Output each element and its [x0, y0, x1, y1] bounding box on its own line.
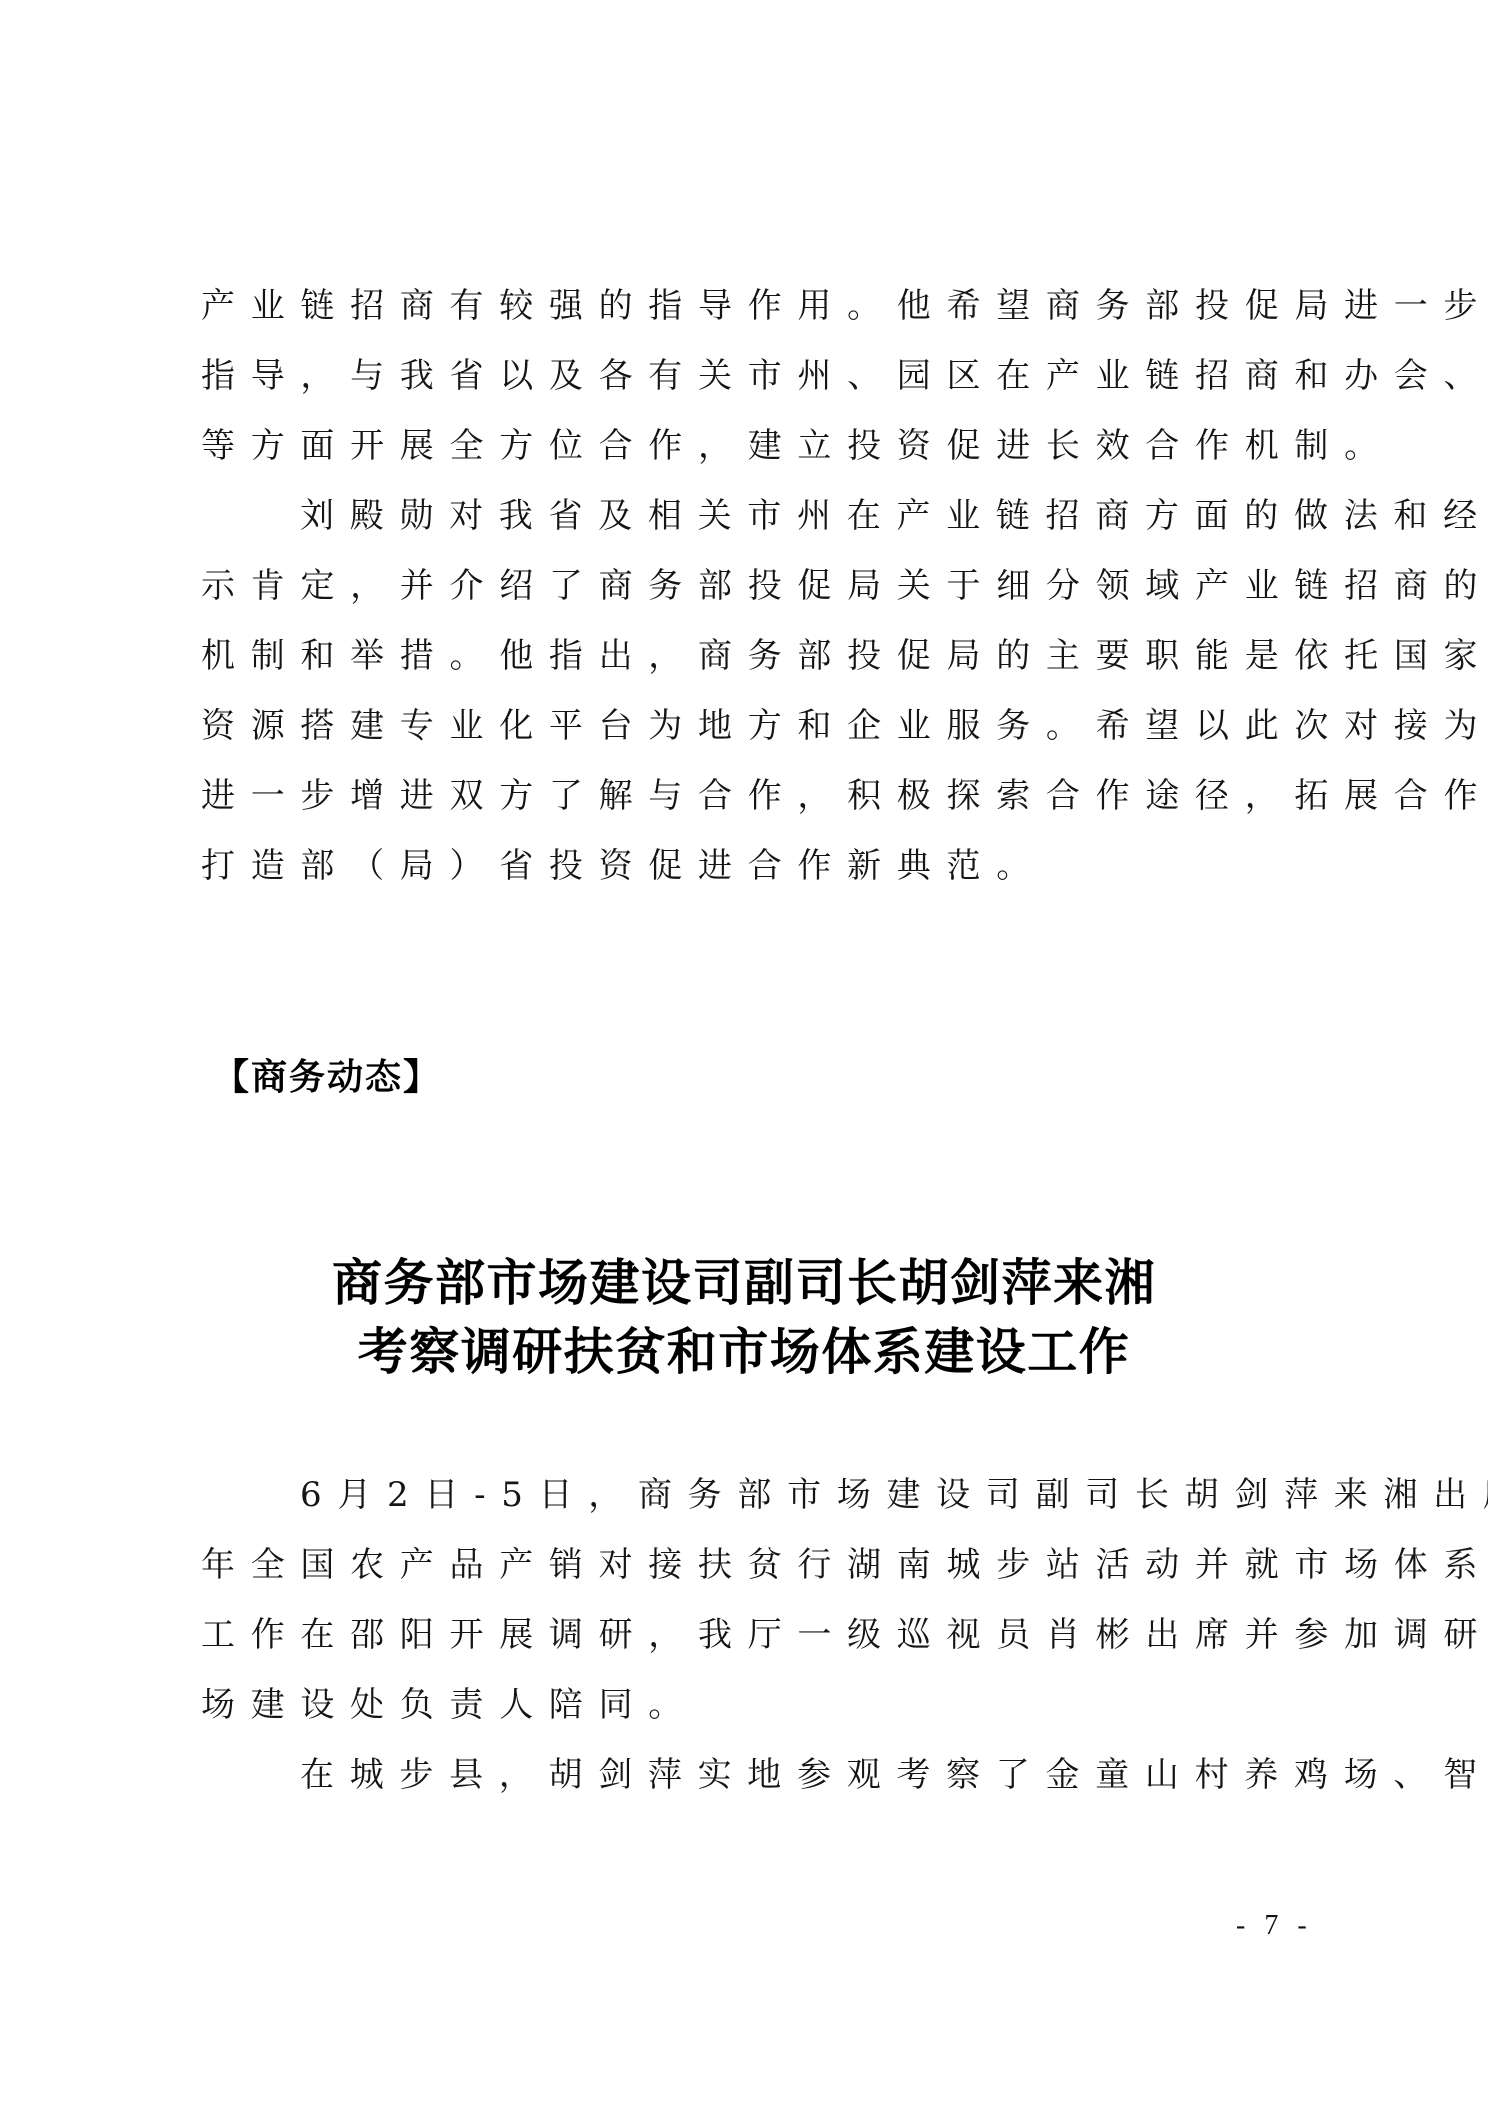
document-page: 产业链招商有较强的指导作用。他希望商务部投促局进一步加强 指导，与我省以及各有关… — [0, 0, 1488, 2105]
paragraph-line: 产业链招商有较强的指导作用。他希望商务部投促局进一步加强 — [201, 286, 1301, 326]
title-line-1: 商务部市场建设司副司长胡剑萍来湘 — [0, 1253, 1488, 1313]
paragraph-line: 示肯定，并介绍了商务部投促局关于细分领域产业链招商的工作 — [201, 566, 1301, 606]
section-header: 【商务动态】 — [213, 1056, 441, 1100]
paragraph-line: 年全国农产品产销对接扶贫行湖南城步站活动并就市场体系建设 — [201, 1545, 1301, 1585]
page-number: - 7 - — [1236, 1910, 1313, 1942]
paragraph-line: 进一步增进双方了解与合作，积极探索合作途径，拓展合作渠道， — [201, 776, 1301, 816]
paragraph-line: 工作在邵阳开展调研，我厅一级巡视员肖彬出席并参加调研，市 — [201, 1615, 1301, 1655]
paragraph-line: 资源搭建专业化平台为地方和企业服务。希望以此次对接为契机， — [201, 706, 1301, 746]
paragraph-line: 机制和举措。他指出，商务部投促局的主要职能是依托国家相关 — [201, 636, 1301, 676]
paragraph-line: 打造部（局）省投资促进合作新典范。 — [201, 846, 1301, 886]
paragraph-line: 场建设处负责人陪同。 — [201, 1685, 1301, 1725]
paragraph-line: 刘殿勋对我省及相关市州在产业链招商方面的做法和经验表 — [300, 496, 1400, 536]
paragraph-line: 在城步县，胡剑萍实地参观考察了金童山村养鸡场、智能养 — [300, 1755, 1400, 1795]
paragraph-line: 等方面开展全方位合作，建立投资促进长效合作机制。 — [201, 426, 1301, 466]
title-line-2: 考察调研扶贫和市场体系建设工作 — [0, 1322, 1488, 1382]
paragraph-line: 6月2日-5日，商务部市场建设司副司长胡剑萍来湘出席2020 — [300, 1475, 1400, 1515]
paragraph-line: 指导，与我省以及各有关市州、园区在产业链招商和办会、办展 — [201, 356, 1301, 396]
